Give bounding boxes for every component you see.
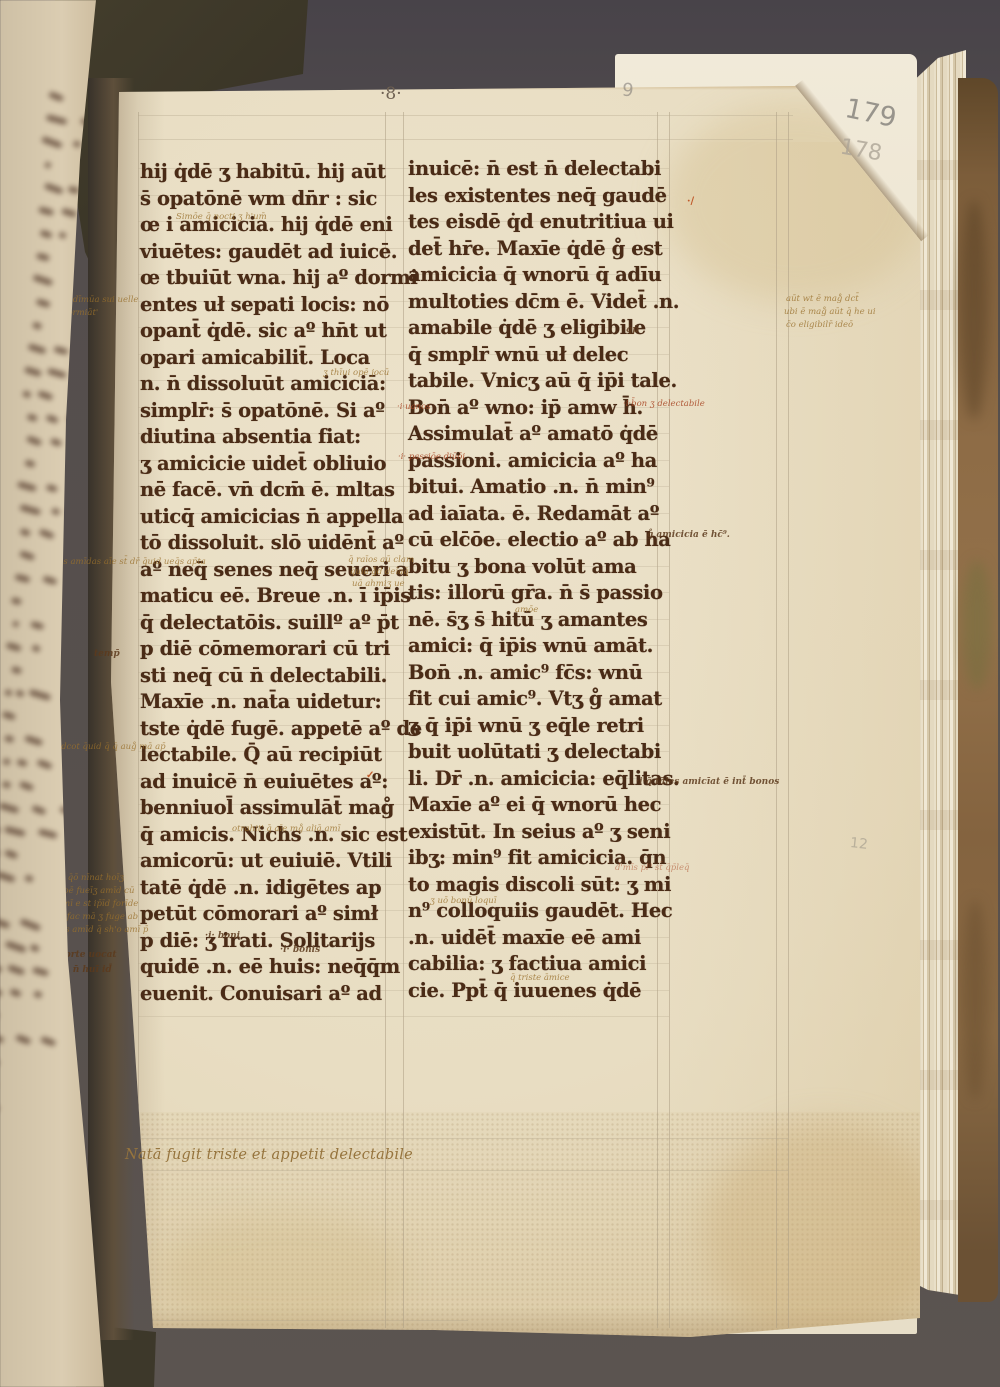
rule-line bbox=[138, 139, 793, 140]
blurred-text-dash bbox=[48, 91, 64, 102]
manuscript-text-line: Bon̄ .n. amic⁹ fc̄s: wnū bbox=[408, 660, 679, 687]
rule-line bbox=[138, 1138, 788, 1139]
blurred-text-dash bbox=[59, 806, 81, 819]
blurred-text-dash bbox=[67, 414, 89, 427]
interlinear-gloss: ·i·b̄on ʒ delectabile bbox=[623, 399, 705, 409]
manuscript-text-line: uticq̄ amicicias n̄ appella bbox=[140, 504, 422, 531]
blurred-text-dash bbox=[31, 621, 45, 630]
blurred-text-dash bbox=[19, 781, 35, 792]
blurred-text-dash bbox=[4, 941, 26, 954]
manuscript-text-line: bitu ʒ bona volūt ama bbox=[408, 554, 679, 581]
interlinear-gloss: q̄ triste āmice bbox=[510, 973, 570, 983]
blurred-text-dash bbox=[2, 758, 10, 766]
bottom-gloss: Natā fugit triste et appetit delectabil… bbox=[125, 1146, 413, 1164]
manuscript-text-line: bitui. Amatio .n. n̄ min⁹ bbox=[408, 474, 679, 501]
blurred-text-dash bbox=[36, 759, 52, 770]
manuscript-text-line: nē. s̄ʒ s̄ hitū ʒ amantes bbox=[408, 607, 679, 634]
margin-note-left: uā ahmiʒ ue bbox=[352, 579, 405, 589]
manuscript-text-line: tis: illorū gr̄a. n̄ s̄ passio bbox=[408, 580, 679, 607]
manuscript-text-line: s̄ opatōnē wm dn̄r : sic bbox=[140, 186, 422, 213]
interlinear-gloss: q̇p̄ bbox=[626, 325, 639, 335]
blurred-text-dash bbox=[72, 140, 81, 148]
blurred-text-dash bbox=[4, 826, 26, 837]
blurred-text-dash bbox=[14, 574, 30, 584]
blurred-text-dash bbox=[45, 484, 57, 493]
blurred-text-dash bbox=[32, 967, 49, 977]
blurred-text-dash bbox=[26, 435, 42, 446]
manuscript-text-line: nē facē. vn̄ dcm̄ ē. mltas bbox=[140, 477, 422, 504]
margin-note-right: ·i·q̄ tāles amicīat ē int̄ bonos bbox=[636, 777, 779, 787]
manuscript-text-line: lectabile. Q̄ aū recipiūt bbox=[140, 742, 422, 769]
text-column-right: inuicē: n̄ est n̄ delectabiles existent… bbox=[408, 156, 679, 1004]
manuscript-text-line: diutina absentia fiat: bbox=[140, 424, 422, 451]
interlinear-gloss: amōe bbox=[515, 605, 538, 615]
manuscript-text-line: tabile. Vnicʒ aū q̄ ip̄i tale. bbox=[408, 368, 679, 395]
manuscript-text-line: entes uł sepati locis: nō bbox=[140, 292, 422, 319]
manuscript-text-line: simplr̄: s̄ opatōnē. Si aº bbox=[140, 398, 422, 425]
rule-line bbox=[138, 1320, 468, 1321]
blurred-text-dash bbox=[15, 1034, 31, 1045]
blurred-text-dash bbox=[19, 528, 31, 537]
manuscript-text-line: ʒ amicicie uidet̄ obliuio bbox=[140, 451, 422, 478]
blurred-text-dash bbox=[4, 735, 14, 743]
manuscript-text-line: cū elc̄ōe. electio aº ab ha bbox=[408, 527, 679, 554]
blurred-text-dash bbox=[37, 390, 53, 401]
blurred-text-dash bbox=[67, 186, 80, 195]
rule-line bbox=[138, 1170, 788, 1171]
blurred-text-dash bbox=[35, 252, 49, 261]
manuscript-text-line: p diē cōmemorari cū tri bbox=[140, 636, 422, 663]
blurred-text-dash bbox=[24, 874, 34, 882]
blurred-text-dash bbox=[61, 208, 77, 218]
manuscript-text-line: benniuol̄ assimulāt̄ mag̊ bbox=[140, 795, 422, 822]
margin-note-right: d'mīs pl⁹ st̄ q̄p̄leq̄ bbox=[615, 863, 689, 873]
manuscript-text-line: tes eisdē q̇d enutritiua ui bbox=[408, 209, 679, 236]
manuscript-text-line: quidē .n. eē huis: neq̄q̄m bbox=[140, 954, 422, 981]
manuscript-text-line: q̄ smplr̄ wnū uł delec bbox=[408, 342, 679, 369]
blurred-text-dash bbox=[1, 711, 16, 721]
blurred-text-dash bbox=[44, 161, 52, 169]
blurred-text-dash bbox=[37, 828, 57, 839]
manuscript-text-line: hij q̇dē ʒ habitū. hij aūt bbox=[140, 159, 422, 186]
blurred-text-dash bbox=[54, 346, 69, 356]
blurred-text-dash bbox=[47, 368, 67, 379]
interlinear-gloss: ·i· boni bbox=[205, 931, 240, 941]
blurred-text-dash bbox=[5, 689, 13, 696]
blurred-text-dash bbox=[0, 964, 2, 973]
manuscript-text-line: amicicia q̄ wnorū q̄ adīu bbox=[408, 262, 679, 289]
blurred-text-dash bbox=[24, 735, 43, 746]
blurred-text-dash bbox=[16, 759, 27, 767]
blurred-text-dash bbox=[19, 918, 40, 931]
manuscript-photo: 179 178 ·8· 9 12 hij q̇dē ʒ habitū. hi… bbox=[0, 0, 1000, 1387]
manuscript-text-line: ad inuicē n̄ euiuētes aº: bbox=[140, 769, 422, 796]
blurred-text-dash bbox=[26, 413, 37, 422]
blurred-text-dash bbox=[0, 916, 10, 929]
margin-note-left: temp̄ bbox=[94, 649, 120, 659]
manuscript-text-line: .n. uidēt̄ maxīe eē ami bbox=[408, 925, 679, 952]
leather-stain bbox=[962, 560, 992, 690]
manuscript-text-line: existūt. In seius aº ʒ seni bbox=[408, 819, 679, 846]
center-pencil-mark: 9 bbox=[621, 79, 635, 101]
blurred-text-dash bbox=[0, 1031, 5, 1044]
manuscript-text-line: tste q̇dē fugē. appetē aº de bbox=[140, 716, 422, 743]
margin-note-left: hīs amīd q̄ sh'o amī p̄ bbox=[57, 925, 148, 935]
manuscript-text-line: tatē q̇dē .n. idigētes ap bbox=[140, 875, 422, 902]
manuscript-text-line: opant̄ q̇dē. sic aº hn̄t ut bbox=[140, 318, 422, 345]
manuscript-text-line: amicorū: ut euiuiē. Vtili bbox=[140, 848, 422, 875]
blurred-text-dash bbox=[9, 988, 22, 998]
side-pencil-mark: 12 bbox=[849, 835, 868, 853]
manuscript-text-line: to magis discoli sūt: ʒ mi bbox=[408, 872, 679, 899]
manuscript-text-line: Assimulat̄ aº amatō q̇dē bbox=[408, 421, 679, 448]
manuscript-text-line: Maxīe aº ei q̄ wnorū hec bbox=[408, 792, 679, 819]
blurred-text-dash bbox=[7, 964, 25, 975]
blurred-text-dash bbox=[38, 528, 54, 539]
interlinear-gloss: ·i· bonis bbox=[280, 945, 320, 955]
red-tick-mark: ✓ bbox=[366, 770, 374, 781]
manuscript-text-line: œ tbuiūt wna. hij aº dormi bbox=[140, 265, 422, 292]
manuscript-text-line: buit uolūtati ʒ delectabi bbox=[408, 739, 679, 766]
blurred-text-dash bbox=[28, 343, 47, 354]
margin-note-left: q̄uia g̊d deīaq̄ bbox=[350, 567, 409, 577]
blurred-text-dash bbox=[19, 504, 40, 515]
blurred-text-dash bbox=[33, 991, 42, 999]
blurred-text-dash bbox=[24, 366, 42, 377]
blurred-text-dash bbox=[17, 481, 37, 492]
manuscript-text-line: sti neq̄ cū n̄ delectabili. bbox=[140, 663, 422, 690]
red-tick-mark: ·/ bbox=[687, 196, 694, 207]
blurred-text-dash bbox=[50, 507, 59, 515]
blurred-text-dash bbox=[0, 802, 19, 813]
blurred-text-dash bbox=[41, 136, 63, 149]
manuscript-text-line: det̄ hr̄e. Maxīe q̇dē g̊ est bbox=[408, 236, 679, 263]
leather-stain bbox=[960, 200, 988, 420]
manuscript-text-line: ʒ q̄ ip̄i wnū ʒ eq̄le retri bbox=[408, 713, 679, 740]
quire-mark: ·8· bbox=[380, 84, 402, 104]
margin-note-right: ubi ē mag̊ aūt q̄ he ui bbox=[784, 307, 876, 317]
interlinear-gloss: ʒ uō bonū loquī bbox=[430, 896, 496, 906]
blurred-text-dash bbox=[28, 689, 51, 701]
manuscript-text-line: q̄ delectatōis. suillº aº p̄t bbox=[140, 610, 422, 637]
blurred-text-dash bbox=[72, 370, 87, 380]
manuscript-text-line: tō dissoluit. slō uidēnt̄ aº bbox=[140, 530, 422, 557]
blurred-text-dash bbox=[2, 781, 12, 789]
blurred-text-dash bbox=[4, 849, 18, 859]
manuscript-text-line: ad iaīata. ē. Redamāt aº bbox=[408, 501, 679, 528]
manuscript-text-line: Maxīe .n. nat̄a uidetur: bbox=[140, 689, 422, 716]
manuscript-text-line: amici: q̄ ip̄is wnū amāt. bbox=[408, 633, 679, 660]
rule-line bbox=[138, 115, 793, 116]
blurred-text-dash bbox=[22, 390, 31, 398]
margin-note-left: hoē fueīʒ amīd cū bbox=[58, 886, 134, 896]
blurred-text-dash bbox=[66, 508, 78, 517]
manuscript-text-line: euenit. Conuisari aº ad bbox=[140, 981, 422, 1008]
margin-note-left: ā q̄ō nīnat hoīʒ bbox=[60, 873, 124, 883]
rule-line bbox=[776, 112, 777, 1328]
blurred-text-dash bbox=[6, 642, 22, 652]
manuscript-text-line: viuētes: gaudēt ad iuicē. bbox=[140, 239, 422, 266]
interlinear-gloss: ʒ thīui opē jocū bbox=[323, 368, 389, 378]
manuscript-text-line: petūt cōmorari aº simł bbox=[140, 901, 422, 928]
margin-note-left: amī e st ip̄īd forīde bbox=[57, 899, 138, 909]
blurred-text-dash bbox=[44, 182, 64, 194]
margin-note-right: g̊ amicicia ē hc̄⁹. bbox=[647, 530, 730, 540]
blurred-text-dash bbox=[42, 575, 57, 585]
manuscript-text-line: multoties dc̄m ē. Videt̄ .n. bbox=[408, 289, 679, 316]
interlinear-gloss: ·i· passiōe diūōi bbox=[398, 452, 465, 462]
margin-note-left: q̄ raīos aū clam bbox=[348, 555, 414, 565]
manuscript-text-line: inuicē: n̄ est n̄ delectabi bbox=[408, 156, 679, 183]
blurred-text-dash bbox=[12, 620, 20, 628]
margin-note-right: c̄o eligibilr̄ ideō bbox=[786, 320, 853, 330]
blurred-text-dash bbox=[46, 114, 67, 125]
interlinear-gloss: ·i·uanos bbox=[397, 402, 431, 412]
blurred-text-dash bbox=[38, 206, 54, 216]
blurred-text-dash bbox=[32, 322, 43, 331]
blurred-text-dash bbox=[39, 229, 53, 239]
manuscript-text-line: les existentes neq̄ gaudē bbox=[408, 183, 679, 210]
manuscript-text-line: fit cui amic⁹. Vtʒ g̊ amat bbox=[408, 686, 679, 713]
blurred-text-dash bbox=[45, 414, 59, 424]
interlinear-gloss: Simōe q̄ nocti ʒ h'um̄ bbox=[176, 212, 267, 222]
leather-stain bbox=[962, 900, 988, 1100]
blurred-text-dash bbox=[29, 944, 40, 953]
blurred-text-dash bbox=[68, 577, 87, 588]
blurred-text-dash bbox=[0, 986, 3, 997]
blurred-text-dash bbox=[0, 826, 1, 834]
interlinear-gloss: otrahit' q̄ aīe mg̊ aliā amī bbox=[232, 824, 340, 834]
margin-note-left: s̄ dcot q̄uid q̄ q̄ aug̊ mā ap̄ bbox=[54, 742, 166, 752]
blurred-text-dash bbox=[24, 459, 35, 468]
blurred-text-dash bbox=[0, 871, 16, 883]
blurred-text-dash bbox=[58, 231, 67, 239]
blurred-text-dash bbox=[50, 438, 63, 448]
blurred-text-dash bbox=[31, 805, 46, 816]
blurred-text-dash bbox=[11, 666, 22, 674]
blurred-text-dash bbox=[36, 298, 51, 308]
blurred-text-dash bbox=[19, 550, 35, 561]
rule-line bbox=[138, 1016, 669, 1017]
margin-note-right: aūt wt ē mag̊ dct̄ bbox=[786, 294, 859, 304]
blurred-text-dash bbox=[15, 689, 24, 697]
blurred-text-dash bbox=[31, 644, 41, 652]
blurred-text-dash bbox=[32, 274, 52, 286]
blurred-text-dash bbox=[10, 597, 21, 605]
blurred-text-dash bbox=[41, 1036, 57, 1047]
margin-note-left: d'fac mā ʒ fuge ab bbox=[59, 912, 138, 922]
